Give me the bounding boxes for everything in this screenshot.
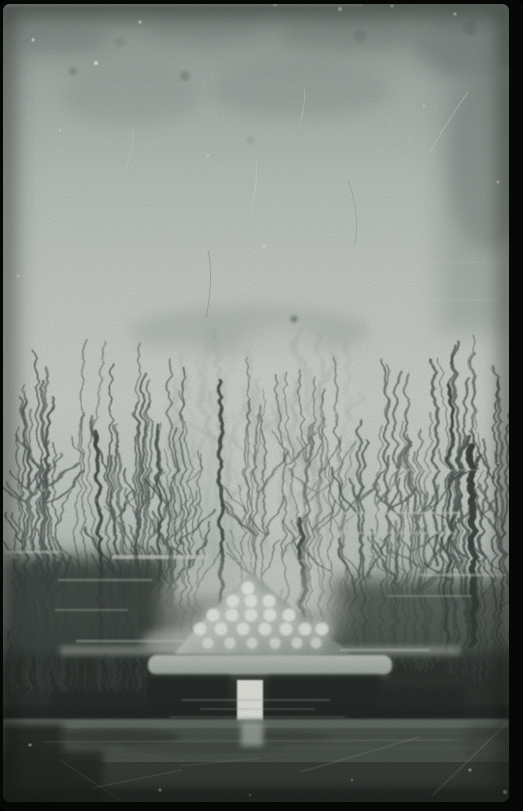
grain-shadows [3,4,509,802]
photo-canvas [0,0,523,811]
photo-emulsion [0,2,523,802]
framed-photograph [0,0,523,811]
film-grain [3,4,509,802]
